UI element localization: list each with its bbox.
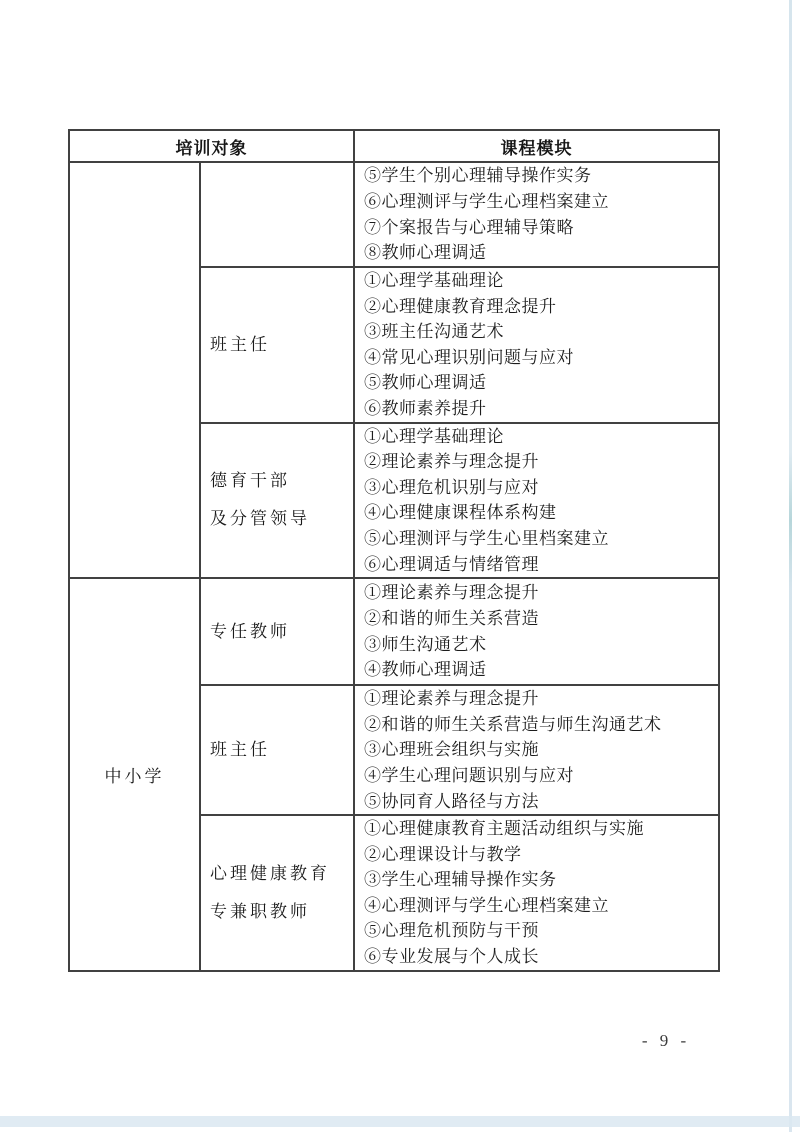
role-label: 心理健康教育: [210, 855, 353, 893]
scan-artifact-bottom-band: [0, 1116, 800, 1127]
course-item: ③师生沟通艺术: [364, 632, 718, 658]
course-item: ②和谐的师生关系营造与师生沟通艺术: [364, 712, 718, 738]
role-label: 班主任: [210, 731, 353, 769]
course-item: ⑤协同育人路径与方法: [364, 789, 718, 815]
role-cell-banzhuren: 班主任: [200, 267, 354, 423]
course-item: ④教师心理调适: [364, 657, 718, 683]
course-item: ①心理健康教育主题活动组织与实施: [364, 816, 718, 842]
course-item: ②和谐的师生关系营造: [364, 606, 718, 632]
course-item: ⑥教师素养提升: [364, 396, 718, 422]
role-label: 及分管领导: [210, 500, 353, 538]
role-cell-zhuanren-jiaoshi: 专任教师: [200, 578, 354, 685]
header-training-target: 培训对象: [69, 130, 354, 162]
course-item: ⑤学生个别心理辅导操作实务: [364, 163, 718, 189]
course-item: ①理论素养与理念提升: [364, 580, 718, 606]
scan-artifact-right-line: [789, 0, 792, 1132]
role-label: 专任教师: [210, 613, 353, 651]
course-cell: ①理论素养与理念提升 ②和谐的师生关系营造 ③师生沟通艺术 ④教师心理调适: [354, 578, 719, 685]
course-cell: ⑤学生个别心理辅导操作实务 ⑥心理测评与学生心理档案建立 ⑦个案报告与心理辅导策…: [354, 162, 719, 267]
course-item: ③心理班会组织与实施: [364, 737, 718, 763]
course-item: ⑦个案报告与心理辅导策略: [364, 215, 718, 241]
course-item: ①理论素养与理念提升: [364, 686, 718, 712]
course-item: ④学生心理问题识别与应对: [364, 763, 718, 789]
table-row: ⑤学生个别心理辅导操作实务 ⑥心理测评与学生心理档案建立 ⑦个案报告与心理辅导策…: [69, 162, 719, 267]
course-cell: ①心理学基础理论 ②理论素养与理念提升 ③心理危机识别与应对 ④心理健康课程体系…: [354, 423, 719, 579]
role-cell-xinli-jiaoshi: 心理健康教育 专兼职教师: [200, 815, 354, 971]
course-item: ④心理健康课程体系构建: [364, 500, 718, 526]
course-item: ⑤教师心理调适: [364, 370, 718, 396]
course-item: ③学生心理辅导操作实务: [364, 867, 718, 893]
table-header-row: 培训对象 课程模块: [69, 130, 719, 162]
table-row: 中小学 专任教师 ①理论素养与理念提升 ②和谐的师生关系营造 ③师生沟通艺术 ④…: [69, 578, 719, 685]
course-item: ⑤心理测评与学生心里档案建立: [364, 526, 718, 552]
header-course-modules: 课程模块: [354, 130, 719, 162]
course-item: ⑥专业发展与个人成长: [364, 944, 718, 970]
course-item: ③心理危机识别与应对: [364, 475, 718, 501]
course-item: ②心理健康教育理念提升: [364, 294, 718, 320]
course-item: ①心理学基础理论: [364, 268, 718, 294]
course-cell: ①理论素养与理念提升 ②和谐的师生关系营造与师生沟通艺术 ③心理班会组织与实施 …: [354, 685, 719, 815]
training-course-table: 培训对象 课程模块 ⑤学生个别心理辅导操作实务 ⑥心理测评与学生心理档案建立 ⑦…: [68, 129, 720, 972]
course-item: ⑧教师心理调适: [364, 240, 718, 266]
course-item: ②理论素养与理念提升: [364, 449, 718, 475]
course-item: ⑥心理调适与情绪管理: [364, 552, 718, 578]
page-number: - 9 -: [626, 1031, 706, 1051]
course-item: ③班主任沟通艺术: [364, 319, 718, 345]
course-item: ②心理课设计与教学: [364, 842, 718, 868]
course-item: ⑥心理测评与学生心理档案建立: [364, 189, 718, 215]
role-label: 班主任: [210, 326, 353, 364]
course-item: ④心理测评与学生心理档案建立: [364, 893, 718, 919]
course-item: ①心理学基础理论: [364, 424, 718, 450]
group-cell-blank: [69, 162, 200, 578]
role-cell-blank: [200, 162, 354, 267]
course-cell: ①心理学基础理论 ②心理健康教育理念提升 ③班主任沟通艺术 ④常见心理识别问题与…: [354, 267, 719, 423]
role-cell-deyu-ganbu: 德育干部 及分管领导: [200, 423, 354, 579]
course-item: ⑤心理危机预防与干预: [364, 918, 718, 944]
course-item: ④常见心理识别问题与应对: [364, 345, 718, 371]
role-cell-banzhuren-2: 班主任: [200, 685, 354, 815]
role-label: 专兼职教师: [210, 893, 353, 931]
course-cell: ①心理健康教育主题活动组织与实施 ②心理课设计与教学 ③学生心理辅导操作实务 ④…: [354, 815, 719, 971]
group-cell-zhongxiaoxue: 中小学: [69, 578, 200, 971]
role-label: 德育干部: [210, 462, 353, 500]
